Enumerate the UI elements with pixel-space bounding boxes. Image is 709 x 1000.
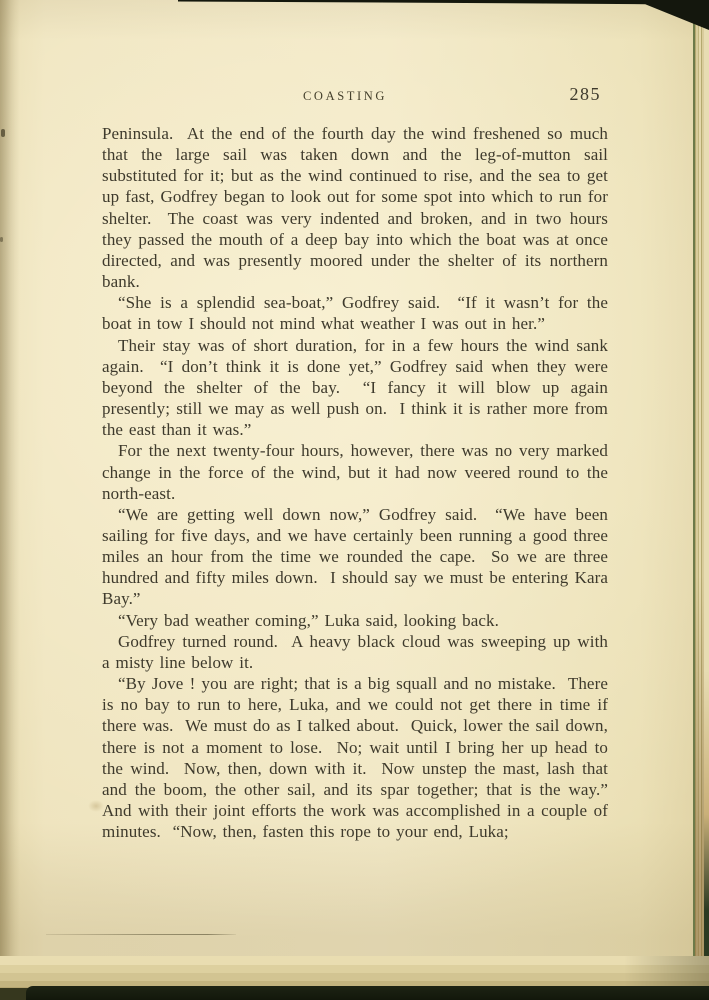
paragraph: “By Jove ! you are right; that is a big … <box>102 673 608 842</box>
paragraph: Peninsula. At the end of the fourth day … <box>102 123 608 292</box>
scratch-mark <box>46 934 236 935</box>
page-body: Peninsula. At the end of the fourth day … <box>102 123 608 842</box>
ink-speck <box>0 237 3 242</box>
bottom-cover-edge <box>26 986 709 1000</box>
paragraph: “Very bad weather coming,” Luka said, lo… <box>102 610 608 631</box>
page-number: 285 <box>570 84 602 105</box>
right-outer-page-edge <box>704 0 709 958</box>
page-content: COASTING 285 Peninsula. At the end of th… <box>102 87 608 842</box>
paragraph: “We are getting well down now,” Godfrey … <box>102 504 608 610</box>
paragraph: Their stay was of short duration, for in… <box>102 335 608 441</box>
ink-speck <box>1 129 5 137</box>
gutter-shadow <box>0 0 20 956</box>
paragraph: For the next twenty-four hours, however,… <box>102 440 608 503</box>
page-header: COASTING 285 <box>102 87 608 105</box>
paragraph: Godfrey turned round. A heavy black clou… <box>102 631 608 673</box>
paragraph: “She is a splendid sea-boat,” Godfrey sa… <box>102 292 608 334</box>
book-scan: COASTING 285 Peninsula. At the end of th… <box>0 0 709 1000</box>
running-title: COASTING <box>102 89 588 104</box>
